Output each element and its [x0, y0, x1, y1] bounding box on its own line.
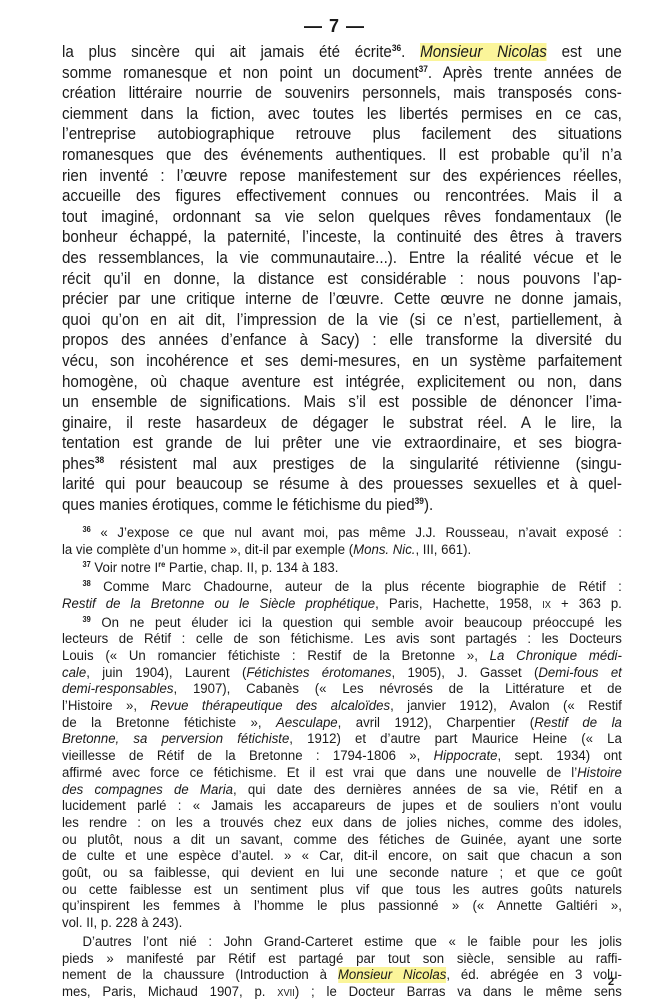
text-fragment: + 363 p. — [551, 596, 622, 612]
body-line-3: création littéraire nourrie de souvenirs… — [62, 83, 622, 104]
highlighted-title-monsieur-nicolas: Monsieur Nicolas — [420, 43, 547, 61]
citation-title: La Chronique médi- — [490, 648, 622, 664]
footnote-number: 36 — [82, 525, 90, 534]
text-fragment: On ne peut éluder ici la question qui se… — [91, 615, 622, 631]
body-line-16: vécu, son incohérence et ses demi-mesure… — [62, 351, 622, 372]
citation-title: cale — [62, 665, 86, 681]
citation-title: des compagnes de Maria — [62, 782, 233, 798]
footnote-ref-38[interactable]: 38 — [95, 455, 104, 465]
text-fragment: la vie complète d’un homme », dit-il par… — [62, 542, 353, 558]
text-fragment: , éd. abrégée en 3 volu- — [446, 967, 622, 983]
signature-mark: 2 — [608, 976, 614, 988]
body-line-9: tout imaginé, ordonnant sa vie selon que… — [62, 207, 622, 228]
body-line-17: homogène, où chaque aventure est intégré… — [62, 372, 622, 393]
footnote-line: D’autres l’ont nié : John Grand-Carteret… — [62, 934, 622, 951]
footnote-39: 39 On ne peut éluder ici la question qui… — [62, 615, 622, 932]
text-fragment: ) ; le Docteur Barras va dans le même se… — [295, 984, 622, 999]
footnote-line: de la Bretonne fétichiste », Aesculape, … — [62, 715, 622, 732]
citation-title: Hippocrate — [434, 748, 498, 764]
body-line-8: accueille des figures effectivement conn… — [62, 186, 622, 207]
text-fragment: , janvier 1912), Avalon (« Restif — [390, 698, 622, 714]
footnote-line: Restif de la Bretonne ou le Siècle proph… — [62, 596, 622, 613]
text-fragment: ques manies érotiques, comme le fétichis… — [62, 496, 415, 514]
footnote-ref-36[interactable]: 36 — [392, 43, 401, 53]
footnote-number: 37 — [82, 560, 90, 569]
citation-title: Histoire — [577, 765, 622, 781]
text-fragment: , 1912) et d’autre part Maurice Heine («… — [289, 731, 622, 747]
body-line-6: romanesques que des événements authentiq… — [62, 145, 622, 166]
footnote-36: 36 « J’expose ce que nul avant moi, pas … — [62, 525, 622, 558]
footnote-line: vol. II, p. 228 à 243). — [62, 915, 622, 932]
text-fragment: « J’expose ce que nul avant moi, pas mêm… — [91, 525, 622, 541]
footnote-line: Bretonne, sa perversion fétichiste, 1912… — [62, 731, 622, 748]
footnote-number: 39 — [82, 615, 90, 624]
body-line-10: bonheur échappé, la paternité, l’inceste… — [62, 227, 622, 248]
body-line-19: ginaire, il reste hasardeux de dégager l… — [62, 413, 622, 434]
footnote-ref-37[interactable]: 37 — [419, 64, 428, 74]
citation-title: Restif de la Bretonne ou le Siècle proph… — [62, 596, 375, 612]
footnote-line: 36 « J’expose ce que nul avant moi, pas … — [62, 525, 622, 542]
citation-title: Revue thérapeutique des alcaloïdes — [150, 698, 390, 714]
footnote-line: 38 Comme Marc Chadourne, auteur de la pl… — [62, 579, 622, 596]
text-fragment: affirmé avec force ce fétichisme. Et il … — [62, 765, 577, 781]
footnote-line: nement de la chaussure (Introduction à M… — [62, 967, 622, 984]
body-line-21: phes38 résistent mal aux prestiges de la… — [62, 454, 622, 475]
text-fragment: Louis (« Un romancier fétichiste : Resti… — [62, 648, 490, 664]
text-fragment: nement de la chaussure (Introduction à — [62, 967, 338, 983]
text-fragment: , 1905), J. Gasset ( — [391, 665, 538, 681]
footnote-line: cale, juin 1904), Laurent (Fétichistes é… — [62, 665, 622, 682]
text-fragment: résistent mal aux prestiges de la singul… — [104, 455, 622, 473]
text-fragment: , Paris, Hachette, 1958, — [375, 596, 542, 612]
citation-title: Fétichistes érotomanes — [246, 665, 391, 681]
body-line-13: précier par une critique interne de l’œu… — [62, 289, 622, 310]
text-fragment: Partie, chap. II, p. 134 à 183. — [165, 560, 338, 576]
footnote-line: ou cette faiblesse est un sentiment plus… — [62, 882, 622, 899]
text-fragment: , juin 1904), Laurent ( — [86, 665, 246, 681]
footnote-line: ou plutôt, nous a dit un savant, comme d… — [62, 832, 622, 849]
text-fragment: , qui date des dernières années de sa vi… — [233, 782, 622, 798]
page-number: — 7 — — [0, 16, 669, 37]
body-line-22: larité qui pour beaucoup se résume à des… — [62, 474, 622, 495]
citation-title: Bretonne, sa perversion fétichiste — [62, 731, 289, 747]
text-fragment: mes, Paris, Michaud 1907, p. — [62, 984, 277, 999]
body-line-15: propos des années d’enfance à Sacy) : el… — [62, 330, 622, 351]
text-fragment: , avril 1912), Charpentier ( — [338, 715, 535, 731]
citation-title: Mons. Nic. — [353, 542, 415, 558]
footnote-line: vieillesse de Rétif de la Bretonne : 179… — [62, 748, 622, 765]
ordinal-suffix: re — [158, 560, 165, 569]
text-fragment: , III, 661). — [415, 542, 471, 558]
footnote-39-continuation: D’autres l’ont nié : John Grand-Carteret… — [62, 934, 622, 999]
citation-title: Aesculape — [276, 715, 338, 731]
text-fragment: , sept. 1934) ont — [497, 748, 621, 764]
body-line-12: récit qu’il en donne, la distance est co… — [62, 269, 622, 290]
text-fragment: Comme Marc Chadourne, auteur de la plus … — [91, 579, 622, 595]
body-line-5: l’entreprise autobiographique retrouve p… — [62, 124, 622, 145]
body-line-1: la plus sincère qui ait jamais été écrit… — [62, 42, 622, 63]
highlighted-title-monsieur-nicolas: Monsieur Nicolas — [338, 967, 446, 983]
footnote-line: demi-responsables, 1907), Cabanès (« Les… — [62, 681, 622, 698]
footnote-37: 37 Voir notre Ire Partie, chap. II, p. 1… — [62, 560, 622, 577]
citation-title: Demi-fous et — [538, 665, 621, 681]
roman-numeral: ix — [542, 596, 551, 612]
body-line-20: tentation est grande de lui prêter une v… — [62, 433, 622, 454]
footnote-line: 39 On ne peut éluder ici la question qui… — [62, 615, 622, 632]
text-fragment: est une — [547, 43, 622, 61]
footnote-line: de culte et une espèce d’autel. » « Car,… — [62, 848, 622, 865]
text-fragment: l’Histoire », — [62, 698, 150, 714]
text-fragment: . — [401, 43, 420, 61]
text-fragment: la plus sincère qui ait jamais été écrit… — [62, 43, 392, 61]
body-line-14: quoi qu’on en ait dit, l’impression de l… — [62, 310, 622, 331]
citation-title: Restif de la — [534, 715, 622, 731]
text-fragment: phes — [62, 455, 95, 473]
text-fragment: somme romanesque et non point un documen… — [62, 64, 419, 82]
body-line-2: somme romanesque et non point un documen… — [62, 63, 622, 84]
body-line-7: rien inventé : l’œuvre repose manifestem… — [62, 166, 622, 187]
body-line-18: un ensemble de significations. Mais s’il… — [62, 392, 622, 413]
footnote-line: les rendre : on les a trouvés chez eux d… — [62, 815, 622, 832]
text-fragment: Voir notre I — [91, 560, 158, 576]
footnote-ref-39[interactable]: 39 — [415, 496, 424, 506]
footnote-line: lecteurs de Rétif : celle de son fétichi… — [62, 631, 622, 648]
citation-title: demi-responsables — [62, 681, 173, 697]
text-fragment: , 1907), Cabanès (« Les névrosés de la L… — [173, 681, 621, 697]
footnote-line: 37 Voir notre Ire Partie, chap. II, p. 1… — [62, 560, 622, 577]
body-line-23: ques manies érotiques, comme le fétichis… — [62, 495, 622, 516]
body-line-11: des ressemblances, la vie communautaire.… — [62, 248, 622, 269]
footnote-line: l’Histoire », Revue thérapeutique des al… — [62, 698, 622, 715]
footnotes-section: 36 « J’expose ce que nul avant moi, pas … — [62, 525, 622, 999]
footnote-line: goût, ou sa faiblesse, qui devient en lu… — [62, 865, 622, 882]
footnote-line: Louis (« Un romancier fétichiste : Resti… — [62, 648, 622, 665]
footnote-38: 38 Comme Marc Chadourne, auteur de la pl… — [62, 579, 622, 612]
footnote-line: lucidement parlé : « Jamais les accapare… — [62, 798, 622, 815]
footnote-line: mes, Paris, Michaud 1907, p. xvii) ; le … — [62, 984, 622, 999]
main-paragraph: la plus sincère qui ait jamais été écrit… — [62, 42, 622, 516]
footnote-line: pieds » manifesté par Rétif est partagé … — [62, 951, 622, 968]
body-line-4: ciemment dans la fiction, avec toutes le… — [62, 104, 622, 125]
text-fragment: ). — [424, 496, 433, 514]
footnote-number: 38 — [82, 579, 90, 588]
footnote-line: qu’inspirent les femmes à l’homme le plu… — [62, 898, 622, 915]
text-fragment: de la Bretonne fétichiste », — [62, 715, 276, 731]
footnote-line: affirmé avec force ce fétichisme. Et il … — [62, 765, 622, 782]
footnote-line: la vie complète d’un homme », dit-il par… — [62, 542, 622, 559]
footnote-line: des compagnes de Maria, qui date des der… — [62, 782, 622, 799]
roman-numeral: xvii — [277, 984, 295, 999]
text-fragment: . Après trente années de — [428, 64, 622, 82]
text-fragment: vieillesse de Rétif de la Bretonne : 179… — [62, 748, 434, 764]
